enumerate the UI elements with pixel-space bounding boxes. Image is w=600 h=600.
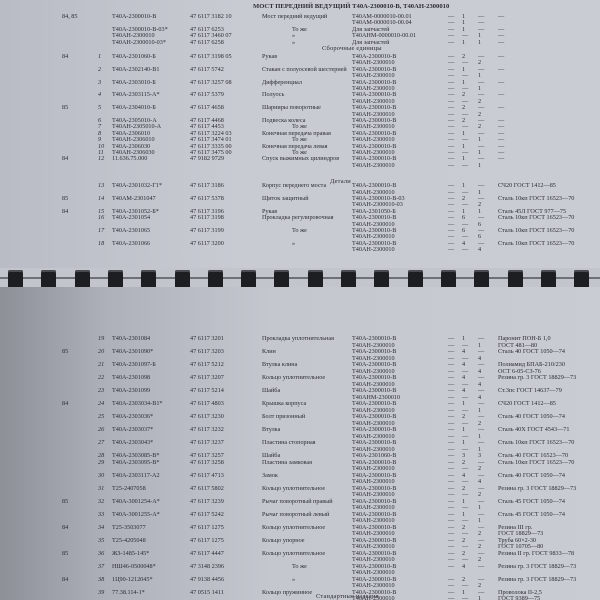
cell-pos: 16 — [98, 214, 104, 221]
cell-mat: Сталь 45 ГОСТ 1050—74 — [498, 511, 565, 518]
cell-pos: 4 — [98, 91, 101, 98]
cell-num: Т40А-2301084 — [112, 335, 150, 342]
cell-mat: — — [498, 13, 504, 20]
cell-fig: 85 — [62, 550, 68, 557]
cell-name: Кольцо пружинное — [262, 589, 312, 596]
cell-name: Кольцо уплотнительное — [262, 485, 325, 492]
cell-code: 47 6117 1275 — [190, 524, 224, 531]
cell-num: Т40А-2301060-Б — [112, 53, 156, 60]
cell-name: » — [292, 39, 295, 46]
cell-mat: — — [498, 66, 504, 73]
cell-num: НШ46-0500048* — [112, 563, 156, 570]
cell-num: Т40А-2301097-Б — [112, 361, 156, 368]
cell-mat: Резина II гр. ГОСТ 9833—78 — [498, 550, 574, 557]
cell-mat: — — [498, 53, 504, 60]
page-title: МОСТ ПЕРЕДНИЙ ВЕДУЩИЙ Т40А-2300010-В, Т4… — [253, 3, 449, 10]
cell-code: 47 6117 4658 — [190, 104, 224, 111]
cell-mat: Сталь 10кп ГОСТ 16523—70 — [498, 195, 574, 202]
cell-q2: — — [462, 162, 468, 169]
cell-code: 47 6117 3207 — [190, 374, 224, 381]
cell-code: 47 6117 5242 — [190, 511, 224, 518]
section-standard-items: Стандартные изделия — [316, 593, 379, 600]
cell-num: Т40А-2304010-Б — [112, 104, 156, 111]
cell-mat: — — [498, 155, 504, 162]
cell-num: Т40А-2303036* — [112, 413, 153, 420]
cell-num: Т25-2407058 — [112, 485, 146, 492]
cell-code: 47 6117 4803 — [190, 400, 224, 407]
cell-mat: Резина гр. 3 ГОСТ 18829—73 — [498, 576, 576, 583]
cell-fig: 85 — [62, 348, 68, 355]
cell-pos: 34 — [98, 524, 104, 531]
cell-name: Втулка клина — [262, 361, 297, 368]
cell-mat: Резина гр. 3 ГОСТ 18829—73 — [498, 374, 576, 381]
cell-mat: Сталь 10кп ГОСТ 16523—70 — [498, 227, 574, 234]
cell-mat: — — [498, 79, 504, 86]
cell-num: Т40А-2301099 — [112, 387, 150, 394]
cell-num: Т40А-2302140-В1 — [112, 66, 159, 73]
cell-name: Кольцо уплотнительное — [262, 374, 325, 381]
cell-name: То же — [292, 227, 307, 234]
cell-code: 47 9182 9729 — [190, 155, 224, 162]
cell-name: Дифференциал — [262, 79, 302, 86]
cell-code: 47 9138 4456 — [190, 576, 224, 583]
cell-q2: — — [462, 246, 468, 253]
cell-pos: 24 — [98, 400, 104, 407]
cell-num: 11.636.75.000 — [112, 155, 147, 162]
cell-code: 47 0515 1411 — [190, 589, 224, 596]
cell-num: Т40А-2301054 — [112, 214, 150, 221]
cell-pos: 31 — [98, 485, 104, 492]
cell-q1: — — [448, 595, 454, 600]
cell-name: Замок — [262, 472, 278, 479]
cell-pos: 25 — [98, 413, 104, 420]
cell-code: 47 3148 2396 — [190, 563, 224, 570]
cell-pos: 23 — [98, 387, 104, 394]
cell-num: Т40А-2303037* — [112, 426, 153, 433]
cell-pos: 33 — [98, 511, 104, 518]
cell-num: Т40АН-2300010-03* — [112, 39, 166, 46]
cell-num: Т40А-2301066 — [112, 240, 150, 247]
cell-code: 47 6117 3201 — [190, 335, 224, 342]
cell-code: 47 6117 3182 10 — [190, 13, 232, 20]
cell-num: Т40А-2303034-В1* — [112, 400, 163, 407]
cell-code: 47 6117 3200 — [190, 240, 224, 247]
cell-fig: 85 — [62, 195, 68, 202]
cell-q1: — — [448, 563, 454, 570]
cell-mat: Сталь 40 ГОСТ 1050—74 — [498, 348, 565, 355]
cell-name: Клин — [262, 348, 276, 355]
cell-code: 47 6117 4447 — [190, 550, 224, 557]
cell-q2: — — [462, 595, 468, 600]
cell-pos: 17 — [98, 227, 104, 234]
cell-name: Спуск выжимных цилиндров — [262, 155, 339, 162]
cell-num: Т40А-2301032-Г1* — [112, 182, 162, 189]
cell-fig: 85 — [62, 498, 68, 505]
cell-num: Т25-4205048 — [112, 537, 146, 544]
cell-num: Т40А-2303010-Б — [112, 79, 156, 86]
cell-num: ЖЗ-1485-145* — [112, 550, 149, 557]
cell-name: Крышка корпуса — [262, 400, 306, 407]
cell-fig: 84 — [62, 155, 68, 162]
cell-code: 47 6117 5742 — [190, 66, 224, 73]
cell-num: Т40А-2301090* — [112, 348, 153, 355]
section-parts: Детали — [330, 178, 351, 185]
cell-name: Кольцо упорное — [262, 537, 305, 544]
cell-name: » — [292, 576, 295, 583]
cell-pos: 37 — [98, 563, 104, 570]
cell-fig: 85 — [62, 104, 68, 111]
cell-mat: — — [498, 39, 504, 46]
cell-name: Втулка — [262, 426, 280, 433]
cell-fig: 84 — [62, 208, 68, 215]
cell-name: Рукав — [262, 53, 277, 60]
cell-code: 47 6117 3186 — [190, 182, 224, 189]
cell-name: Шайба — [262, 387, 280, 394]
cell-pos: 5 — [98, 104, 101, 111]
cell-q2: 4 — [462, 563, 465, 570]
cell-code: 47 6117 3258 — [190, 459, 224, 466]
cell-pos: 26 — [98, 426, 104, 433]
cell-mat: Резина гр. 3 ГОСТ 18829—73 — [498, 563, 576, 570]
cell-name: Кольцо уплотнительное — [262, 550, 325, 557]
cell-model: Т40АН-2300010 — [352, 246, 395, 253]
cell-name: Рычаг поворотный правый — [262, 498, 333, 505]
cell-name: Болт призонный — [262, 413, 305, 420]
cell-name: Пластина замковая — [262, 459, 312, 466]
cell-pos: 20 — [98, 348, 104, 355]
cell-name: Шарниры поворотные — [262, 104, 321, 111]
cell-pos: 14 — [98, 195, 104, 202]
cell-code: 47 6117 3198 — [190, 214, 224, 221]
cell-pos: 18 — [98, 240, 104, 247]
cell-pos: 19 — [98, 335, 104, 342]
cell-q3: 1 — [478, 39, 481, 46]
cell-name: Стакан с полуосевой шестерней — [262, 66, 347, 73]
cell-q1: — — [448, 162, 454, 169]
cell-name: » — [292, 240, 295, 247]
catalog-page-bottom: 19Т40А-230108447 6117 3201Прокладка упло… — [0, 287, 600, 600]
catalog-page-top: МОСТ ПЕРЕДНИЙ ВЕДУЩИЙ Т40А-2300010-В, Т4… — [0, 0, 600, 270]
cell-pos: 32 — [98, 498, 104, 505]
cell-name: Кольцо уплотнительное — [262, 524, 325, 531]
cell-mat: Сталь 45 ГОСТ 1050—74 — [498, 498, 565, 505]
cell-mat: Сталь 40 ГОСТ 1050—74 — [498, 413, 565, 420]
cell-name: Корпус переднего моста — [262, 182, 326, 189]
cell-code: 47 6117 5214 — [190, 387, 224, 394]
cell-model: Т40АН-2300010 — [352, 162, 395, 169]
cell-code: 47 6117 3239 — [190, 498, 224, 505]
cell-q2: 1 — [462, 39, 465, 46]
cell-q1: — — [448, 246, 454, 253]
cell-num: Т40А-2303117-А2 — [112, 472, 160, 479]
cell-num: Т40А-2303043* — [112, 439, 153, 446]
cell-pos: 30 — [98, 472, 104, 479]
cell-mat: Сталь 10кп ГОСТ 16523—70 — [498, 439, 574, 446]
cell-code: 47 6117 5378 — [190, 195, 224, 202]
cell-name: Мост передний ведущий — [262, 13, 327, 20]
cell-num: Т40А-2303095-В* — [112, 459, 159, 466]
cell-code: 47 6117 6258 — [190, 39, 224, 46]
cell-num: Т25-3503077 — [112, 524, 146, 531]
cell-num: Т40А-3001254-А* — [112, 498, 160, 505]
section-assemblies: Сборочные единицы — [322, 45, 382, 52]
cell-pos: 39 — [98, 589, 104, 596]
cell-code: 47 6117 5802 — [190, 485, 224, 492]
cell-pos: 36 — [98, 550, 104, 557]
cell-code: 47 6117 3199 — [190, 227, 224, 234]
cell-pos: 35 — [98, 537, 104, 544]
cell-mat: Сталь 10кп ГОСТ 16523—70 — [498, 240, 574, 247]
cell-code: 47 6117 3237 — [190, 439, 224, 446]
cell-num: 77.38.114-1* — [112, 589, 145, 596]
cell-pos: 13 — [98, 182, 104, 189]
cell-num: Т40А-2300010-В — [112, 13, 156, 20]
cell-num: Т40А-2301098 — [112, 374, 150, 381]
cell-code: 47 6117 3257 08 — [190, 79, 232, 86]
cell-mat: Сталь 10кп ГОСТ 16523—70 — [498, 214, 574, 221]
cell-name: Полуось — [262, 91, 284, 98]
cell-code: 47 6117 3232 — [190, 426, 224, 433]
cell-num: Т40АМ-2301047 — [112, 195, 156, 202]
cell-code: 47 6117 1275 — [190, 537, 224, 544]
cell-mat: — — [498, 104, 504, 111]
cell-pos: 21 — [98, 361, 104, 368]
cell-pos: 3 — [98, 79, 101, 86]
cell-name: Щиток защитный — [262, 195, 309, 202]
cell-fig: 84 — [62, 53, 68, 60]
cell-code: 47 6117 5379 — [190, 91, 224, 98]
cell-num: 1Ц90-1212045* — [112, 576, 153, 583]
cell-name: Прокладка уплотнительная — [262, 335, 334, 342]
cell-num: Т40А-2301065 — [112, 227, 150, 234]
cell-code: 47 6117 3203 — [190, 348, 224, 355]
cell-mat: Сталь 40Х ГОСТ 4543—71 — [498, 426, 569, 433]
cell-q3: 4 — [478, 246, 481, 253]
cell-fig: 84 — [62, 576, 68, 583]
cell-q1: — — [448, 39, 454, 46]
cell-q3: — — [478, 563, 484, 570]
cell-fig: 84, 85 — [62, 13, 77, 20]
cell-pos: 12 — [98, 155, 104, 162]
cell-code: 47 6117 3198 05 — [190, 53, 232, 60]
cell-fig: 84 — [62, 524, 68, 531]
cell-num: Т40А-3001255-А* — [112, 511, 160, 518]
cell-code: 47 6117 4713 — [190, 472, 224, 479]
cell-mat: Сталь 10кп ГОСТ 16523—70 — [498, 459, 574, 466]
cell-num: Т40А-2303115-А* — [112, 91, 160, 98]
cell-q3: 1 — [478, 162, 481, 169]
cell-pos: 2 — [98, 66, 101, 73]
cell-mat: СЧ20 ГОСТ 1412—85 — [498, 400, 556, 407]
cell-pos: 27 — [98, 439, 104, 446]
cell-mat: Ст.3пс ГОСТ 14637—79 — [498, 387, 562, 394]
cell-pos: 29 — [98, 459, 104, 466]
cell-name: То же — [292, 563, 307, 570]
cell-mat: ГОСТ 9389—75 — [498, 595, 540, 600]
cell-mat: СЧ20 ГОСТ 1412—85 — [498, 182, 556, 189]
cell-name: Пластина стопорная — [262, 439, 316, 446]
cell-q3: 1 — [478, 595, 481, 600]
cell-mat: — — [498, 91, 504, 98]
cell-pos: 1 — [98, 53, 101, 60]
cell-name: Рычаг поворотный левый — [262, 511, 329, 518]
cell-code: 47 6117 3230 — [190, 413, 224, 420]
cell-fig: 84 — [62, 400, 68, 407]
cell-pos: 38 — [98, 576, 104, 583]
cell-name: Прокладка регулировочная — [262, 214, 333, 221]
cell-code: 47 6117 5212 — [190, 361, 224, 368]
cell-pos: 22 — [98, 374, 104, 381]
cell-mat: Резина гр. 3 ГОСТ 18829—73 — [498, 485, 576, 492]
cell-mat: Сталь 40 ГОСТ 1050—74 — [498, 472, 565, 479]
